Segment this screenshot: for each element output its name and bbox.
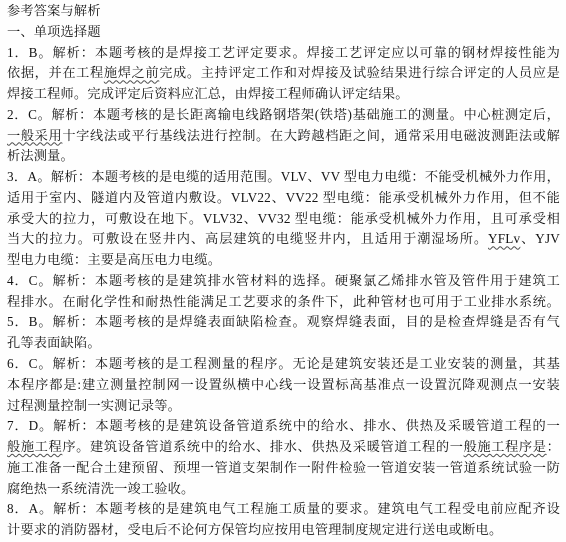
text-run: 承受大的拉力，可敷设在地下。VLV32、VV32 型电缆：能承受机械外力作用，且… (7, 211, 560, 226)
misspelling-wavy-underline-text: YFLv (488, 231, 520, 246)
text-run: 适用于室内、隧道内及管道内敷设。VLV22、VV22 型电缆：能承受机械外力作用… (7, 190, 560, 205)
text-run: 7．D。解析：本题考核的是建筑设备管道系统中的给水、排水、供热及采暖管道工程的一 (7, 418, 560, 433)
text-run: 8．A。解析：本题考核的是建筑电气工程施工质量的要求。建筑电气工程受电前应配齐设 (7, 501, 560, 516)
answer-2-line-2: 一般采用十字线法或平行基线法进行控制。在大跨越档距之间，通常采用电磁波测距法或解 (7, 126, 560, 147)
text-run: 计要求的消防器材，受电后不论何方保管均应按用电管理制度规定进行送电或断电。 (7, 522, 502, 537)
answer-4-line-1: 4．C。解析：本题考核的是建筑排水管材料的选择。硬聚氯乙烯排水管及管件用于建筑工 (7, 271, 560, 292)
answer-7-line-1: 7．D。解析：本题考核的是建筑设备管道系统中的给水、排水、供热及采暖管道工程的一 (7, 416, 560, 437)
misspelling-wavy-underline-text: 施焊之前 (104, 65, 159, 80)
text-run: 3．A。解析：本题考核的是电缆的适用范围。VLV、VV 型电力电缆：不能受机械外… (7, 169, 560, 184)
answer-5-line-1: 5．B。解析：本题考核的是焊缝表面缺陷检查。观察焊缝表面，目的是检查焊缝是否有气 (7, 312, 560, 333)
text-run: 程排水。在耐化学性和耐热性能满足工艺要求的条件下，此种管材也可用于工业排水系统。 (7, 294, 560, 309)
answer-6-line-2: 本程序都是:建立测量控制网一设置纵横中心线一设置标高基准点一设置沉降观测点一安装 (7, 375, 560, 396)
answer-1-line-1: 1．B。解析：本题考核的是焊接工艺评定要求。焊接工艺评定应以可靠的钢材焊接性能为 (7, 43, 560, 64)
answer-2-line-3: 析法测量。 (7, 146, 560, 167)
answer-3-line-1: 3．A。解析：本题考核的是电缆的适用范围。VLV、VV 型电力电缆：不能受机械外… (7, 167, 560, 188)
answer-5-line-2: 孔等表面缺陷。 (7, 333, 560, 354)
text-run: 5．B。解析：本题考核的是焊缝表面缺陷检查。观察焊缝表面，目的是检查焊缝是否有气 (7, 314, 560, 329)
text-run: 4．C。解析：本题考核的是建筑排水管材料的选择。硬聚氯乙烯排水管及管件用于建筑工 (7, 273, 560, 288)
answer-6-line-3: 过程测量控制一实测记录等。 (7, 396, 560, 417)
text-run: 1．B。解析：本题考核的是焊接工艺评定要求。焊接工艺评定应以可靠的钢材焊接性能为 (7, 45, 560, 60)
text-run: 、YJV (520, 231, 560, 246)
text-run: ： (547, 439, 560, 454)
answer-1-line-3: 焊接工程师。完成评定后资料应汇总，由焊接工程师确认评定结果。 (7, 84, 560, 105)
text-run: 当大的拉力。可敷设在竖井内、高层建筑的电缆竖井内，且适用于潮湿场所。 (7, 231, 488, 246)
text-run: 型电力电缆：主要是高压电力电缆。 (7, 252, 221, 267)
text-run: 孔等表面缺陷。 (7, 335, 101, 350)
answer-3-line-4: 当大的拉力。可敷设在竖井内、高层建筑的电缆竖井内，且适用于潮湿场所。YFLv、Y… (7, 229, 560, 250)
answer-3-line-2: 适用于室内、隧道内及管道内敷设。VLV22、VV22 型电缆：能承受机械外力作用… (7, 188, 560, 209)
document-page: 参考答案与解析一、单项选择题1．B。解析：本题考核的是焊接工艺评定要求。焊接工艺… (0, 0, 566, 542)
misspelling-wavy-underline-text: 般施工程 (7, 439, 62, 454)
text-run: 焊接工程师。完成评定后资料应汇总，由焊接工程师确认评定结果。 (7, 86, 409, 101)
text-run: 过程测量控制一实测记录等。 (7, 398, 181, 413)
text-run: 十字线法或平行基线法进行控制。在大跨越档距之间，通常采用电磁波测距法或解 (62, 128, 560, 143)
answer-4-line-2: 程排水。在耐化学性和耐热性能满足工艺要求的条件下，此种管材也可用于工业排水系统。 (7, 292, 560, 313)
text-run: 序。建筑设备管道系统中的给水、排水、供热及采暖管道工程的一 (62, 439, 463, 454)
answer-8-line-1: 8．A。解析：本题考核的是建筑电气工程施工质量的要求。建筑电气工程受电前应配齐设 (7, 499, 560, 520)
answer-6-line-1: 6．C。解析：本题考核的是工程测量的程序。无论是建筑安装还是工业安装的测量，其基 (7, 354, 560, 375)
misspelling-wavy-underline-text: 般施工程序是 (464, 439, 547, 454)
text-run: 析法测量。 (7, 148, 74, 163)
answer-7-line-3: 施工准备一配合土建预留、预埋一管道支架制作一附件检验一管道安装一管道系统试验一防 (7, 458, 560, 479)
page-title: 参考答案与解析 (7, 1, 560, 22)
answer-8-line-2: 计要求的消防器材，受电后不论何方保管均应按用电管理制度规定进行送电或断电。 (7, 520, 560, 541)
text-run: 6．C。解析：本题考核的是工程测量的程序。无论是建筑安装还是工业安装的测量，其基 (7, 356, 560, 371)
answer-1-line-2: 依据，并在工程施焊之前完成。主持评定工作和对焊接及试验结果进行综合评定的人员应是 (7, 63, 560, 84)
text-run: 本程序都是:建立测量控制网一设置纵横中心线一设置标高基准点一设置沉降观测点一安装 (7, 377, 560, 392)
text-run: 施工准备一配合土建预留、预埋一管道支架制作一附件检验一管道安装一管道系统试验一防 (7, 460, 560, 475)
text-run: 腐绝热一系统清洗一竣工验收。 (7, 481, 194, 496)
section-heading: 一、单项选择题 (7, 22, 560, 43)
answer-3-line-3: 承受大的拉力，可敷设在地下。VLV32、VV32 型电缆：能承受机械外力作用，且… (7, 209, 560, 230)
misspelling-wavy-underline-text: 一般采用 (7, 128, 62, 143)
answer-key-text-block: 参考答案与解析一、单项选择题1．B。解析：本题考核的是焊接工艺评定要求。焊接工艺… (7, 1, 560, 541)
text-run: 完成。主持评定工作和对焊接及试验结果进行综合评定的人员应是 (159, 65, 560, 80)
answer-2-line-1: 2．C。解析：本题考核的是长距离输电线路钢塔架(铁塔)基础施工的测量。中心桩测定… (7, 105, 560, 126)
text-run: 依据，并在工程 (7, 65, 104, 80)
text-run: 2．C。解析：本题考核的是长距离输电线路钢塔架(铁塔)基础施工的测量。中心桩测定… (7, 107, 560, 122)
text-run: 参考答案与解析 (7, 3, 101, 18)
text-run: 一、单项选择题 (7, 24, 101, 39)
answer-7-line-4: 腐绝热一系统清洗一竣工验收。 (7, 479, 560, 500)
answer-7-line-2: 般施工程序。建筑设备管道系统中的给水、排水、供热及采暖管道工程的一般施工程序是： (7, 437, 560, 458)
answer-3-line-5: 型电力电缆：主要是高压电力电缆。 (7, 250, 560, 271)
